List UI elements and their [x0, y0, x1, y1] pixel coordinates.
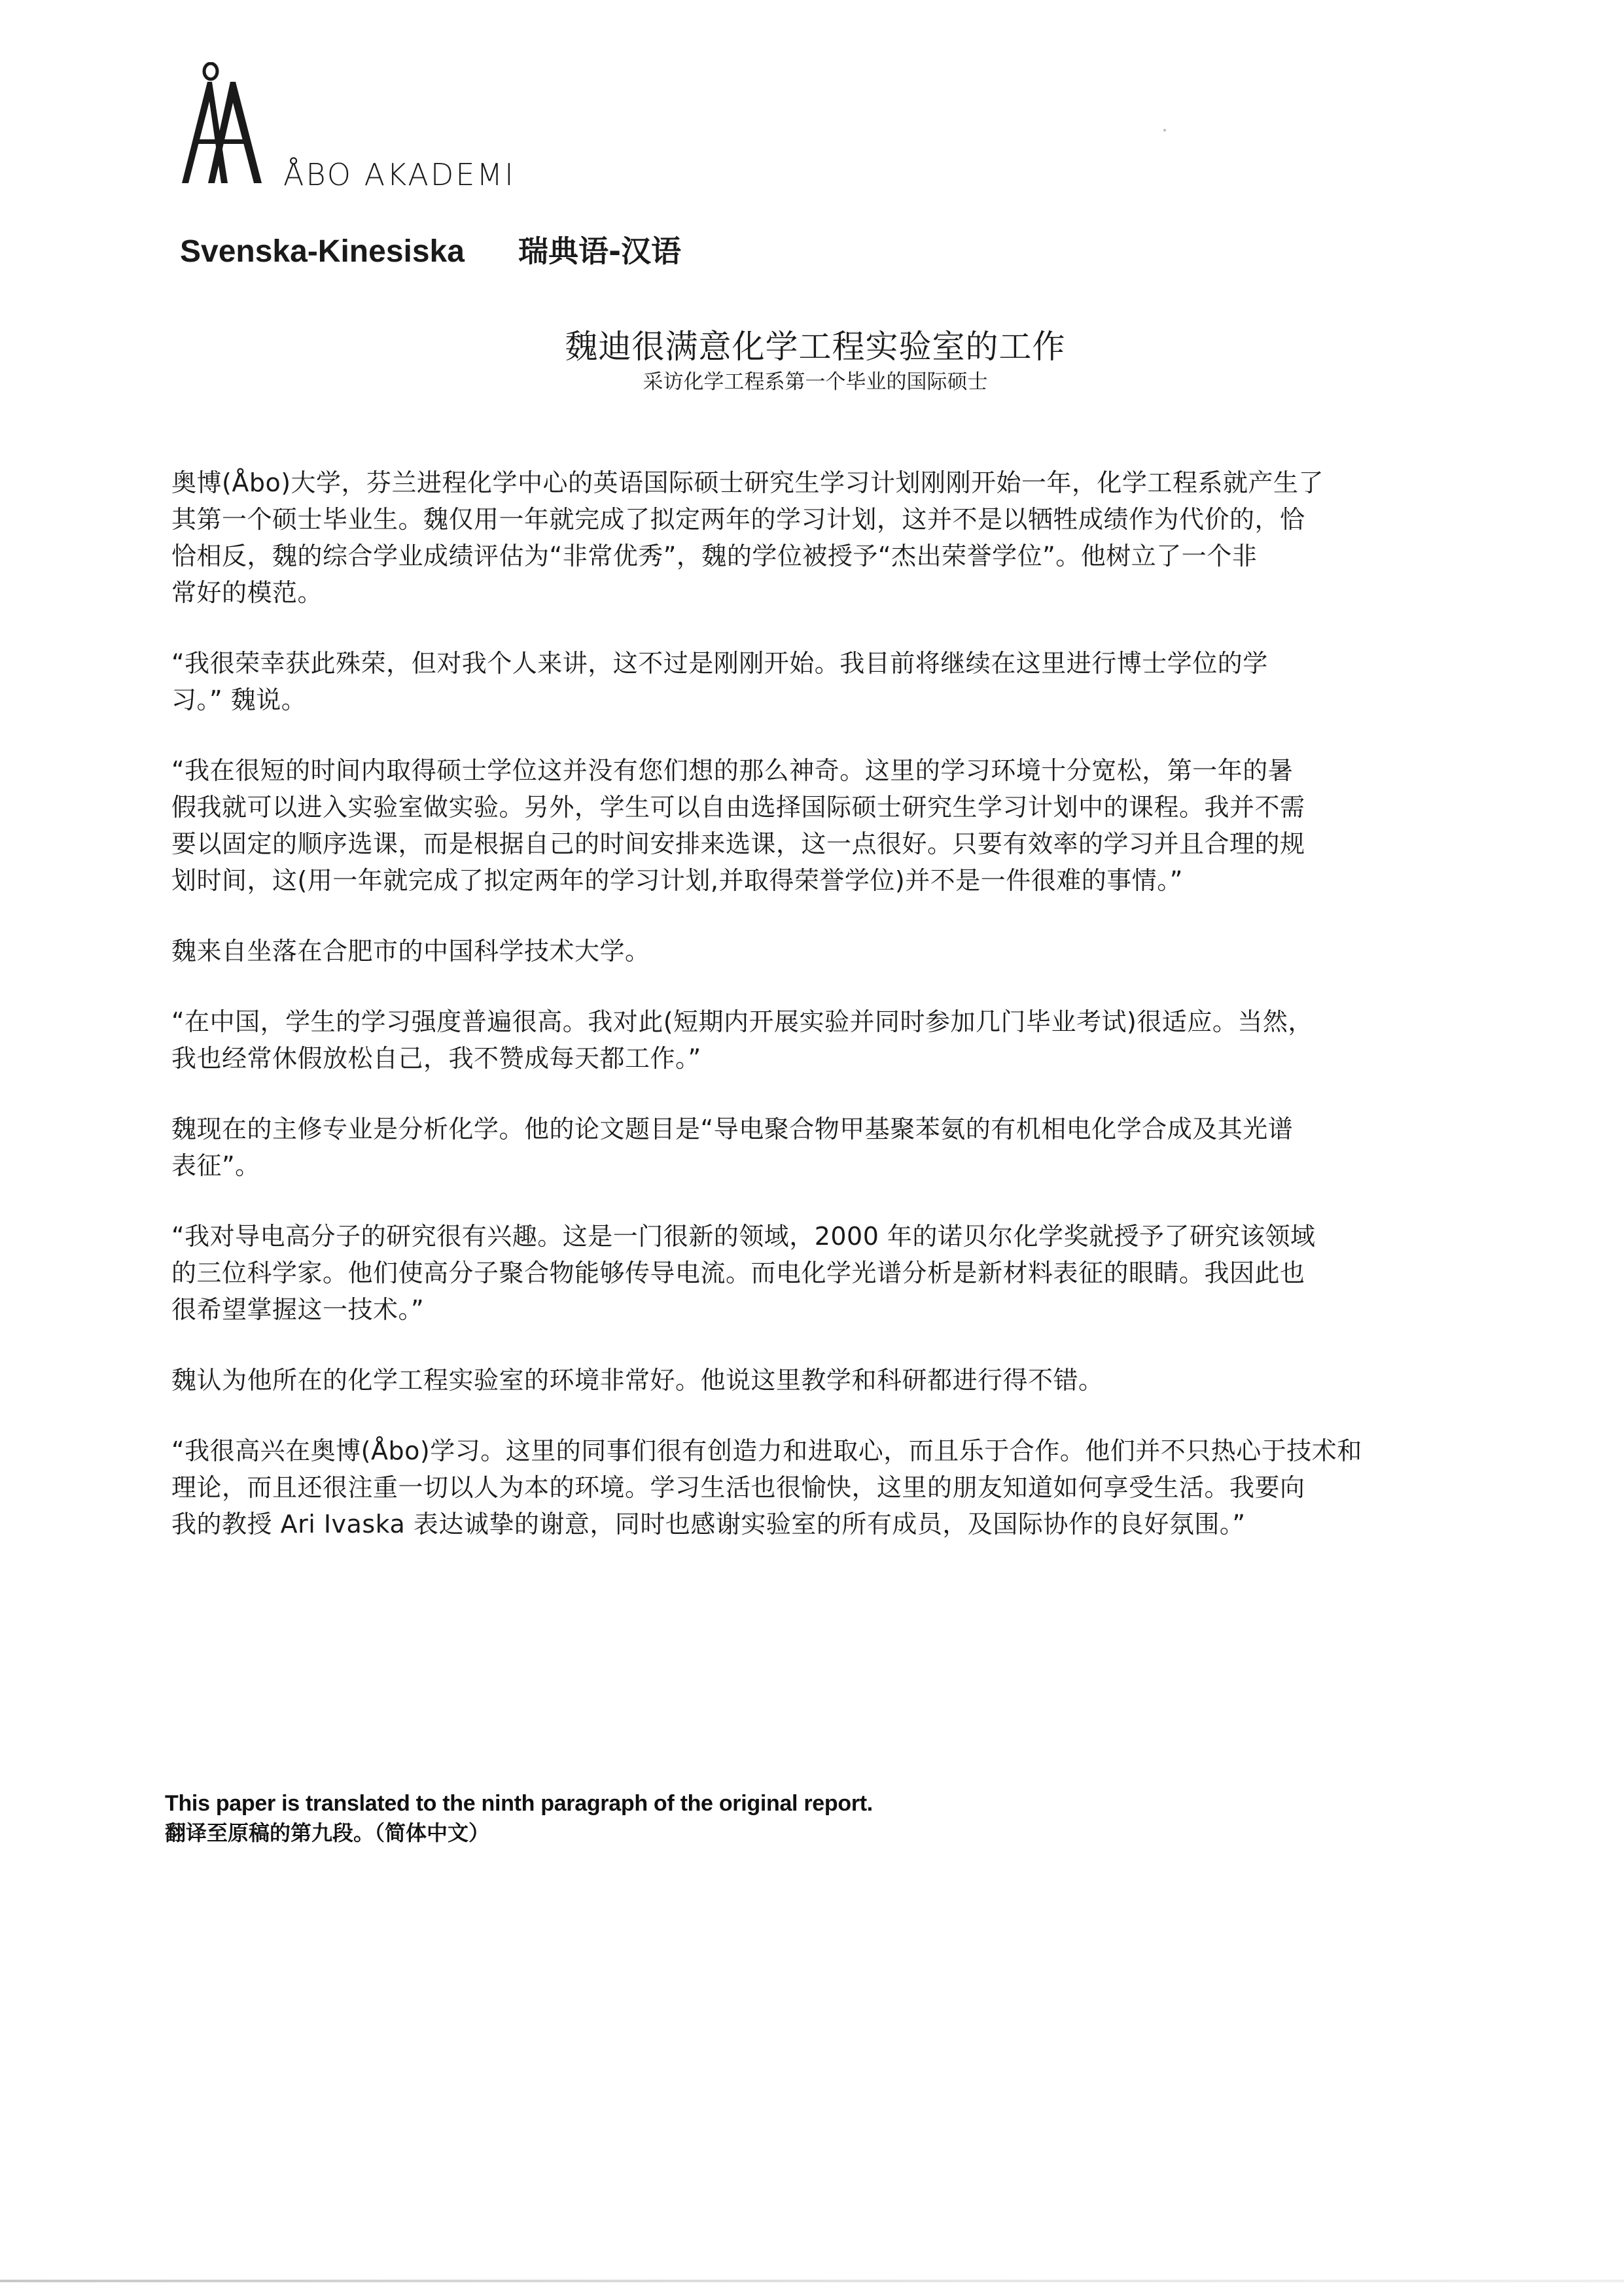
text-line: “我在很短的时间内取得硕士学位这并没有您们想的那么神奇。这里的学习环境十分宽松，… [171, 752, 1477, 789]
article-heading: 魏迪很满意化学工程实验室的工作 采访化学工程系第一个毕业的国际硕士 [0, 326, 1624, 396]
paragraph-4: 魏来自坐落在合肥市的中国科学技术大学。 [171, 933, 1477, 969]
paragraph-5: “在中国，学生的学习强度普遍很高。我对此(短期内开展实验并同时参加几门毕业考试)… [171, 1003, 1477, 1077]
document-page: ÅBO AKADEMI Svenska-Kinesiska 瑞典语-汉语 魏迪很… [0, 0, 1624, 2296]
scan-speck [1163, 129, 1166, 131]
text-line: “我很荣幸获此殊荣，但对我个人来讲，这不过是刚刚开始。我目前将继续在这里进行博士… [171, 645, 1477, 682]
scan-edge-divider [0, 2280, 1624, 2282]
text-line: “我很高兴在奥博(Åbo)学习。这里的同事们很有创造力和进取心，而且乐于合作。他… [171, 1433, 1477, 1469]
text-line: 魏来自坐落在合肥市的中国科学技术大学。 [171, 933, 1477, 969]
text-line: “在中国，学生的学习强度普遍很高。我对此(短期内开展实验并同时参加几门毕业考试)… [171, 1003, 1477, 1040]
text-line: 我也经常休假放松自己，我不赞成每天都工作。” [171, 1040, 1477, 1077]
text-line: 奥博(Åbo)大学，芬兰进程化学中心的英语国际硕士研究生学习计划刚刚开始一年，化… [171, 464, 1477, 501]
translation-note: This paper is translated to the ninth pa… [165, 1789, 873, 1848]
article-subtitle: 采访化学工程系第一个毕业的国际硕士 [0, 368, 1624, 396]
text-line: 要以固定的顺序选课，而是根据自己的时间安排来选课，这一点很好。只要有效率的学习并… [171, 826, 1477, 862]
translation-note-chinese: 翻译至原稿的第九段。（简体中文） [165, 1818, 873, 1848]
translation-note-english: This paper is translated to the ninth pa… [165, 1789, 873, 1818]
text-line: “我对导电高分子的研究很有兴趣。这是一门很新的领域，2000 年的诺贝尔化学奖就… [171, 1218, 1477, 1255]
text-line: 很希望掌握这一技术。” [171, 1291, 1477, 1328]
paragraph-3: “我在很短的时间内取得硕士学位这并没有您们想的那么神奇。这里的学习环境十分宽松，… [171, 752, 1477, 899]
text-line: 常好的模范。 [171, 574, 1477, 611]
text-line: 划时间，这(用一年就完成了拟定两年的学习计划,并取得荣誉学位)并不是一件很难的事… [171, 862, 1477, 899]
text-line: 假我就可以进入实验室做实验。另外，学生可以自由选择国际硕士研究生学习计划中的课程… [171, 789, 1477, 826]
text-line: 魏现在的主修专业是分析化学。他的论文题目是“导电聚合物甲基聚苯氨的有机相电化学合… [171, 1111, 1477, 1147]
text-line: 习。” 魏说。 [171, 682, 1477, 718]
text-line: 其第一个硕士毕业生。魏仅用一年就完成了拟定两年的学习计划，这并不是以牺牲成绩作为… [171, 501, 1477, 538]
language-pair-swedish: Svenska-Kinesiska [180, 234, 465, 270]
text-line: 理论，而且还很注重一切以人为本的环境。学习生活也很愉快，这里的朋友知道如何享受生… [171, 1469, 1477, 1506]
paragraph-1: 奥博(Åbo)大学，芬兰进程化学中心的英语国际硕士研究生学习计划刚刚开始一年，化… [171, 464, 1477, 611]
paragraph-8: 魏认为他所在的化学工程实验室的环境非常好。他说这里教学和科研都进行得不错。 [171, 1362, 1477, 1399]
text-line: 魏认为他所在的化学工程实验室的环境非常好。他说这里教学和科研都进行得不错。 [171, 1362, 1477, 1399]
article-body: 奥博(Åbo)大学，芬兰进程化学中心的英语国际硕士研究生学习计划刚刚开始一年，化… [171, 464, 1477, 1576]
paragraph-2: “我很荣幸获此殊荣，但对我个人来讲，这不过是刚刚开始。我目前将继续在这里进行博士… [171, 645, 1477, 718]
paragraph-9: “我很高兴在奥博(Åbo)学习。这里的同事们很有创造力和进取心，而且乐于合作。他… [171, 1433, 1477, 1542]
paragraph-7: “我对导电高分子的研究很有兴趣。这是一门很新的领域，2000 年的诺贝尔化学奖就… [171, 1218, 1477, 1328]
abo-akademi-logo-icon [177, 62, 294, 193]
paragraph-6: 魏现在的主修专业是分析化学。他的论文题目是“导电聚合物甲基聚苯氨的有机相电化学合… [171, 1111, 1477, 1184]
text-line: 我的教授 Ari Ivaska 表达诚挚的谢意，同时也感谢实验室的所有成员，及国… [171, 1506, 1477, 1542]
text-line: 的三位科学家。他们使高分子聚合物能够传导电流。而电化学光谱分析是新材料表征的眼睛… [171, 1255, 1477, 1291]
brand-name: ÅBO AKADEMI [283, 157, 516, 192]
language-pair-header: Svenska-Kinesiska 瑞典语-汉语 [180, 228, 681, 271]
article-title: 魏迪很满意化学工程实验室的工作 [0, 326, 1624, 368]
language-pair-chinese: 瑞典语-汉语 [518, 228, 681, 271]
text-line: 表征”。 [171, 1147, 1477, 1184]
text-line: 恰相反，魏的综合学业成绩评估为“非常优秀”，魏的学位被授予“杰出荣誉学位”。他树… [171, 538, 1477, 574]
